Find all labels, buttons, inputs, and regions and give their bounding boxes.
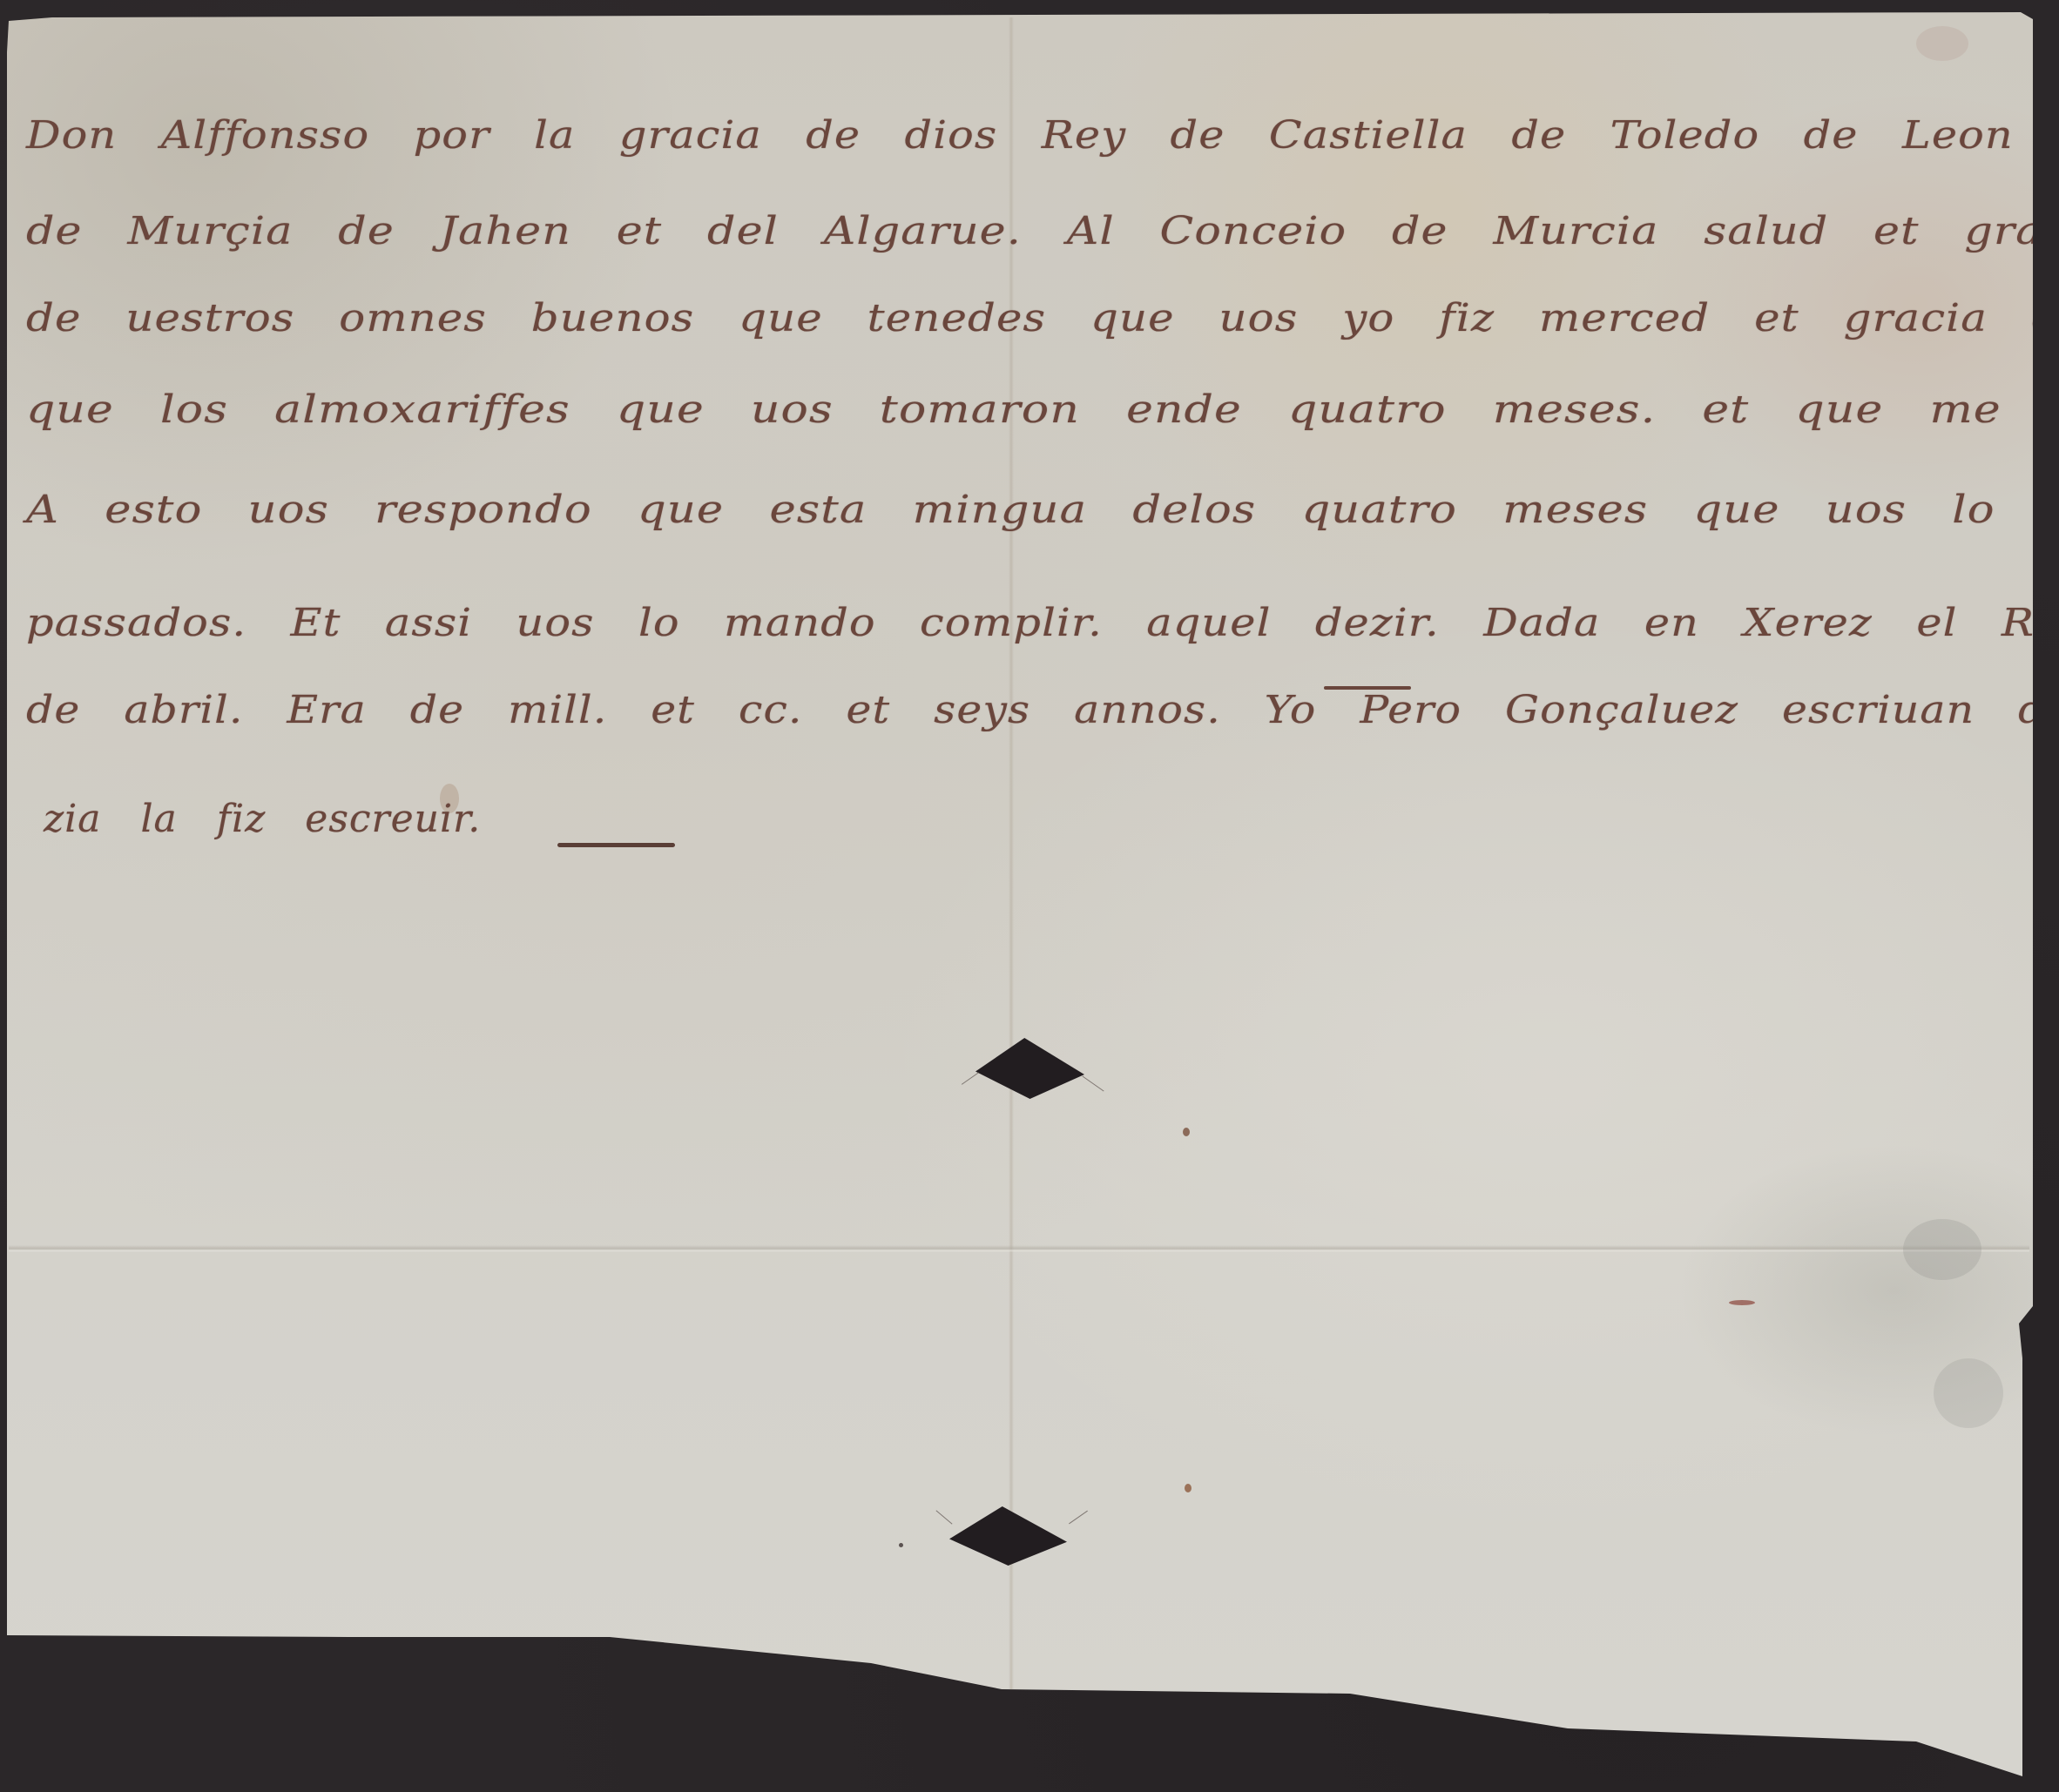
ink-speck (1729, 1300, 1755, 1305)
abbreviation-stroke (1324, 686, 1411, 690)
text-line-5: A esto uos respondo que esta mingua delo… (26, 488, 2059, 532)
hole-slit (1069, 1511, 1088, 1525)
hole-lower (949, 1506, 1067, 1566)
text-line-6: passados. Et assi uos lo mando complir. … (26, 601, 2059, 645)
ink-speck (899, 1543, 903, 1547)
hole-slit (1082, 1075, 1104, 1091)
text-line-1: Don Alffonsso por la gracia de dios Rey … (26, 113, 2059, 158)
horizontal-fold-line (9, 1245, 2029, 1252)
closing-line-stroke (557, 843, 675, 847)
ink-speck (1183, 1128, 1190, 1136)
hole-upper (975, 1038, 1084, 1099)
stain-spot (1934, 1358, 2003, 1428)
text-line-8: zia la fiz escreuir. (44, 797, 481, 841)
hole-slit (935, 1510, 952, 1524)
hole-slit (962, 1072, 979, 1085)
stain-spot (1903, 1219, 1981, 1280)
text-line-2: de Murçia de Jahen et del Algarue. Al Co… (26, 209, 2059, 253)
stain-spot (1916, 26, 1968, 61)
vertical-fold-line (1009, 17, 1014, 1698)
parchment-sheet: Don Alffonsso por la gracia de dios Rey … (0, 0, 2059, 1792)
ink-speck (1185, 1484, 1192, 1492)
text-line-4: que los almoxariffes que uos tomaron end… (26, 387, 2059, 432)
text-line-7: de abril. Era de mill. et cc. et seys an… (26, 688, 2059, 732)
text-line-3: de uestros omnes buenos que tenedes que … (26, 296, 2059, 340)
